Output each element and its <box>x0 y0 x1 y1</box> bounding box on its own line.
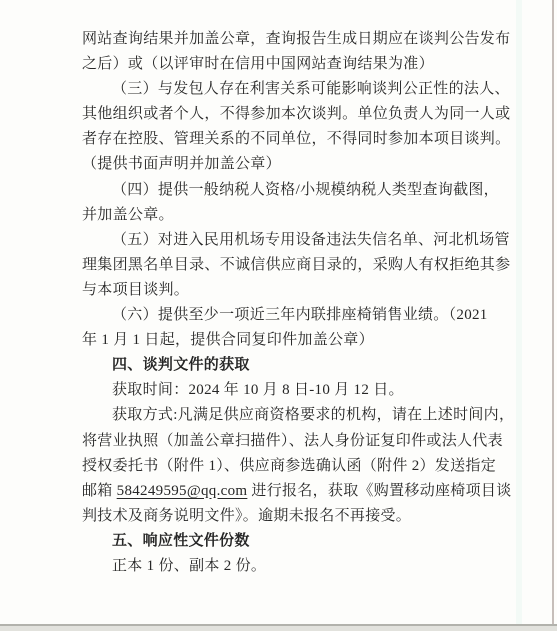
doc-line: （四）提供一般纳税人资格/小规模纳税人类型查询截图， <box>82 178 512 203</box>
doc-line: 将营业执照（加盖公章扫描件）、法人身份证复印件或法人代表 <box>82 429 512 454</box>
doc-line: 授权委托书（附件 1）、供应商参选确认函（附件 2）发送指定 <box>82 454 512 479</box>
doc-line: 者存在控股、管理关系的不同单位，不得同时参加本项目谈判。 <box>82 127 512 152</box>
document-page: 网站查询结果并加盖公章，查询报告生成日期应在谈判公告发布 之后）或（以评审时在信… <box>0 0 557 631</box>
doc-line: 年 1 月 1 日起，提供合同复印件加盖公章） <box>82 328 512 353</box>
scan-artifact-band <box>516 0 522 631</box>
doc-line-email: 邮箱 584249595@qq.com 进行报名，获取《购置移动座椅项目谈 <box>82 479 512 504</box>
doc-line-obtain-time: 获取时间：2024 年 10 月 8 日-10 月 12 日。 <box>82 378 512 403</box>
email-line-prefix: 邮箱 <box>82 483 117 499</box>
doc-line: （五）对进入民用机场专用设备违法失信名单、河北机场管 <box>82 228 512 253</box>
doc-line: 之后）或（以评审时在信用中国网站查询结果为准） <box>82 52 512 77</box>
page-edge-line <box>552 0 554 631</box>
email-line-suffix: 进行报名，获取《购置移动座椅项目谈 <box>247 483 511 499</box>
scan-bottom-edge <box>0 624 557 631</box>
doc-line: 理集团黑名单目录、不诚信供应商目录的，采购人有权拒绝其参 <box>82 253 512 278</box>
heading-section-4: 四、谈判文件的获取 <box>82 353 512 378</box>
document-body: 网站查询结果并加盖公章，查询报告生成日期应在谈判公告发布 之后）或（以评审时在信… <box>82 27 512 579</box>
doc-line: 网站查询结果并加盖公章，查询报告生成日期应在谈判公告发布 <box>82 27 512 52</box>
doc-line: 判技术及商务说明文件》。逾期未报名不再接受。 <box>82 504 512 529</box>
doc-line: （三）与发包人存在利害关系可能影响谈判公正性的法人、 <box>82 77 512 102</box>
doc-line: 并加盖公章。 <box>82 203 512 228</box>
doc-line: （六）提供至少一项近三年内联排座椅销售业绩。（2021 <box>82 303 512 328</box>
doc-line: 其他组织或者个人，不得参加本次谈判。单位负责人为同一人或 <box>82 102 512 127</box>
doc-line: （提供书面声明并加盖公章） <box>82 152 512 177</box>
heading-section-5: 五、响应性文件份数 <box>82 529 512 554</box>
doc-line-obtain-method: 获取方式:凡满足供应商资格要求的机构，请在上述时间内， <box>82 403 512 428</box>
doc-line: 与本项目谈判。 <box>82 278 512 303</box>
doc-line-copies: 正本 1 份、副本 2 份。 <box>82 554 512 579</box>
email-address: 584249595@qq.com <box>117 483 248 499</box>
